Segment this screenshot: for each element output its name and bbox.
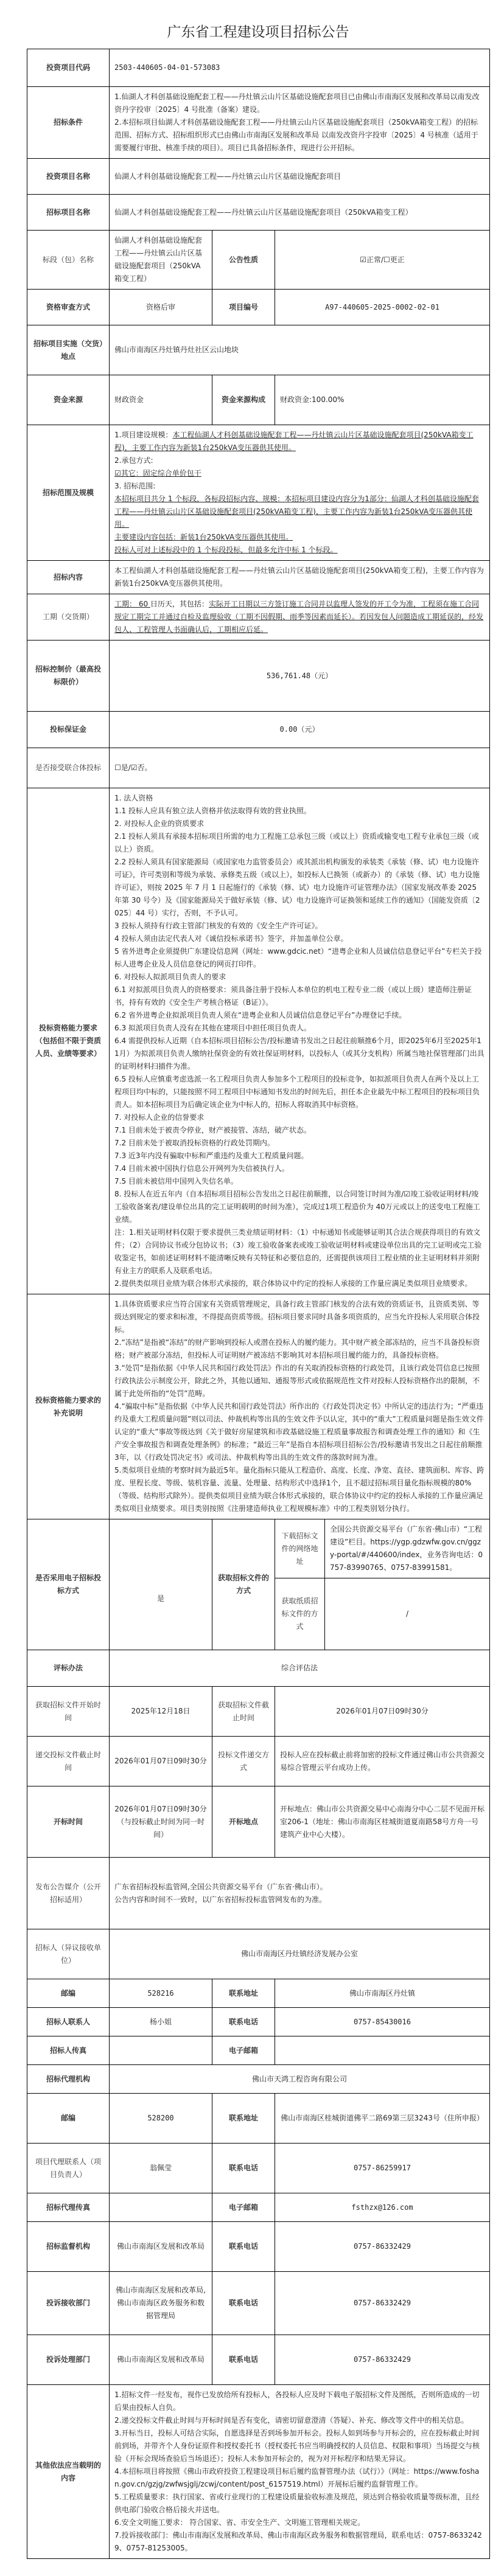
row-qualification: 投标资格能力要求（包括但不限于资质人员、业绩等要求） 1. 法人资格 1.1 投… [27, 788, 490, 1294]
period-value: 工期： 60 日历天，其包括：实际开工日期以三方签订施工合同并以监理人签发的开工… [110, 594, 490, 641]
qualification-line: 7.5 目前未被信用中国列入失信名单。 [114, 1175, 485, 1188]
qualification-note-line: 1.具体资质要求应当符合国家有关资质管理规定，具备行政主管部门核发的合法有效的资… [114, 1298, 485, 1336]
location-value: 佛山市南海区丹灶镇丹灶社区云山地块 [110, 325, 490, 375]
row-tender-name: 招标项目名称 仙湖人才科创基础设施配套工程——丹灶镇云山片区基础设施配套项目（2… [27, 195, 490, 231]
get-docs-label: 获取招标文件的方式 [212, 1519, 275, 1650]
bottom-spacer [27, 2559, 489, 2576]
media-label: 发布公告媒介（公开招标适用） [27, 1858, 110, 1929]
evaluation-label: 评标办法 [27, 1650, 110, 1687]
row-doc-time: 获取招标文件开始时间 2025年12月18日 获取招标文件截止时间 2026年0… [27, 1687, 490, 1737]
scope-l1-prefix: 1.项目建设规模： [114, 431, 172, 439]
row-tenderer-fax: 招标人传真 电子邮箱 [27, 2036, 490, 2065]
conditions-label: 招标条件 [27, 87, 110, 159]
qualification-note-label: 投标资格能力要求的补充说明 [27, 1294, 110, 1519]
row-invest-name: 投资项目名称 仙湖人才科创基础设施配套工程——丹灶镇云山片区基础设施配套项目 [27, 159, 490, 195]
deposit-label: 投标保证金 [27, 712, 110, 748]
qualification-line: 1. 法人资格 [114, 792, 485, 805]
doc-end-value: 2026年01月07日09时30分 [275, 1687, 490, 1737]
other-line: 1.招标文件一经发布，视作已发放给所有投标人，各投标人应及时下载电子版招标文件及… [114, 2389, 485, 2414]
scope-l3: 3. 招标范围: [114, 480, 485, 493]
row-deposit: 投标保证金 0.00（元） [27, 712, 490, 748]
scope-l5: 投标人可对上述标段中的 1 个标段投标，但最多允许中标 1 个标段。 [114, 544, 485, 557]
row-tenderer-post: 邮编 528216 联系地址 佛山市南海区丹灶镇 [27, 1979, 490, 2008]
agency-post-label: 邮编 [27, 2094, 110, 2144]
row-section: 标段（包）名称 仙湖人才科创基础设施配套工程——丹灶镇云山片区基础设施配套项目（… [27, 231, 490, 290]
agency-email-label: 电子邮箱 [212, 2193, 275, 2222]
submit-method-label: 投标文件递交方式 [212, 1737, 275, 1786]
qualification-note-line: 3.“处罚”是指依据《中华人民共和国行政处罚法》作出的有关取消投标资格的行政处罚… [114, 1362, 485, 1400]
qualification-line: 6.4 需提供投标人近期（自本招标项目招标公告/投标邀请书发出之日起往前顺推6个… [114, 1035, 485, 1073]
tender-name-label: 招标项目名称 [27, 195, 110, 231]
qualification-note-line: 5.类似项目业绩的考察时间为最近5年。量化指标只能从工程造价、高度、长度、净宽、… [114, 1464, 485, 1515]
paper-docs-label: 获取纸质招标文件的方式 [275, 1578, 325, 1650]
row-invest-code: 投资项目代码 2503-440605-04-01-573083 [27, 49, 490, 87]
qualification-line: 2.提供类似项目业绩为联合体形式承接的，联合体协议中约定的投标人承接的工作量应满… [114, 1277, 485, 1290]
submit-label: 递交投标文件截止时间 [27, 1737, 110, 1786]
section-value: 仙湖人才科创基础设施配套工程——丹灶镇云山片区基础设施配套项目（250kVA箱变… [110, 231, 212, 290]
scope-value: 1.项目建设规模：本工程仙湖人才科创基础设施配套工程——丹灶镇云山片区基础设施配… [110, 425, 490, 561]
other-value: 1.招标文件一经发布，视作已发放给所有投标人，各投标人应及时下载电子版招标文件及… [110, 2385, 490, 2559]
conditions-value: 1.仙湖人才科创基础设施配套工程——丹灶镇云山片区基础设施配套项目已由佛山市南海… [110, 87, 490, 159]
funding-comp-label: 资金来源构成 [212, 375, 275, 425]
doc-start-label: 获取招标文件开始时间 [27, 1687, 110, 1737]
opening-place-label: 开标地点 [212, 1786, 275, 1858]
location-label: 招标项目实施（交货）地点 [27, 325, 110, 375]
tender-name-value: 仙湖人才科创基础设施配套工程——丹灶镇云山片区基础设施配套项目（250kVA箱变… [110, 195, 490, 231]
row-complaint-recv: 投诉接收部门 佛山市南海区发展和改革局,佛山市南海区政务服务和数据管理局 联系电… [27, 2272, 490, 2335]
qualification-line: 6.5 投标人应慎重考虑选派一名工程项目负责人参加多个工程项目的投标竞争，如拟派… [114, 1073, 485, 1111]
row-submit: 递交投标文件截止时间 2026年01月07日09时30分 投标文件递交方式 投标… [27, 1737, 490, 1786]
scope-l2-body: ☑其它：固定综合单价包干 [114, 467, 485, 480]
qualification-line: 4 投标人须由法定代表人对《诚信投标承诺书》签字，并加盖单位公章。 [114, 932, 485, 945]
scope-label: 招标范围及规模 [27, 425, 110, 561]
period-label: 工期（交货期） [27, 594, 110, 641]
electronic-label: 是否采用电子招标投标方式 [27, 1519, 110, 1650]
project-code-label: 项目编号 [212, 290, 275, 325]
scope-l4: 主要建设内容包括：新装1台250kVA变压器供其使用。 [114, 531, 485, 544]
invest-code-label: 投资项目代码 [27, 49, 110, 87]
row-location: 招标项目实施（交货）地点 佛山市南海区丹灶镇丹灶社区云山地块 [27, 325, 490, 375]
qualification-line: 6.2 省外进粤企业拟派项目负责人须在“进粤企业和人员诚信信息登记平台”办理登记… [114, 1009, 485, 1022]
row-funding: 资金来源 财政资金 资金来源构成 财政资金:100.00% [27, 375, 490, 425]
qualification-line: 7.3 近3年内没有骗取中标和严重违约及重大工程质量问题。 [114, 1150, 485, 1162]
qualification-line: 2.2 投标人须具有国家能源局（或国家电力监管委员会）或其派出机构颁发的承装类《… [114, 856, 485, 920]
scope-l3-body: 本招标项目共分 1 个标段，各标段招标内容、规模：本招标项目建设内容分为1部分：… [114, 493, 485, 531]
other-label: 其他依法应当载明的内容 [27, 2385, 110, 2559]
period-days: 60 [136, 600, 150, 608]
opening-place-value: 开标地点：佛山市公共资源交易中心南海分中心二层不见面开标室206-1（地址：佛山… [275, 1786, 490, 1858]
qualification-line: 1.1 投标人应具有独立法人资格并依法取得有效的营业执照。 [114, 805, 485, 818]
media-l1: 广东省招标投标监管网,全国公共资源交易平台（广东省·佛山市）。 [114, 1881, 485, 1894]
row-agency: 招标代理机构 佛山市天鸿工程咨询有限公司 [27, 2065, 490, 2094]
notice-table: 投资项目代码 2503-440605-04-01-573083 招标条件 1.仙… [27, 49, 490, 2559]
qualification-line: 6. 对投标人拟派项目负责人的要求 [114, 971, 485, 984]
complaint-handle-label: 投诉处理部门 [27, 2335, 110, 2385]
doc-end-label: 获取招标文件截止时间 [212, 1687, 275, 1737]
qualification-line: 3 投标人须持有行政主管部门核发的有效的《安全生产许可证》。 [114, 920, 485, 932]
media-value: 广东省招标投标监管网,全国公共资源交易平台（广东省·佛山市）。 公告内容和时间不… [110, 1858, 490, 1929]
paper-docs-value: / [325, 1578, 490, 1650]
supervision-label: 招标监督机构 [27, 2222, 110, 2272]
row-agency-contact: 项目代理联系人（项目负责人） 翁佩莹 联系电话 0757-86259917 [27, 2144, 490, 2193]
other-line: 5.工程质量要求：执行国家、省或行业现行的工程建设质量验收标准及规范，须达到合格… [114, 2491, 485, 2516]
agency-email-value[interactable]: fsthzx@126.com [275, 2193, 490, 2222]
opening-value: 2026年01月07日09时30分（与投标截止时间为同一时间） [110, 1786, 212, 1858]
row-content: 招标内容 本工程仙湖人才科创基础设施配套工程——丹灶镇云山片区基础设施配套项目(… [27, 561, 490, 594]
agency-fax-label: 招标代理传真 [27, 2193, 110, 2222]
qualification-note-value: 1.具体资质要求应当符合国家有关资质管理规定，具备行政主管部门核发的合法有效的资… [110, 1294, 490, 1519]
row-supervision: 招标监督机构 佛山市南海区发展和改革局 联系电话 0757-86332429 [27, 2222, 490, 2272]
supervision-value: 佛山市南海区发展和改革局 [110, 2222, 212, 2272]
complaint-recv-value: 佛山市南海区发展和改革局,佛山市南海区政务服务和数据管理局 [110, 2272, 212, 2335]
tenderer-post-value: 528216 [110, 1979, 212, 2008]
electronic-value: 是 [110, 1519, 212, 1650]
row-electronic-download: 是否采用电子招标投标方式 是 获取招标文件的方式 下载招标文件的网络地址 全国公… [27, 1519, 490, 1578]
content-label: 招标内容 [27, 561, 110, 594]
row-media: 发布公告媒介（公开招标适用） 广东省招标投标监管网,全国公共资源交易平台（广东省… [27, 1858, 490, 1929]
submit-method-value: 投标人应在投标截止前将加密的投标文件通过佛山市公共资源交易综合管理云平台成功上传… [275, 1737, 490, 1786]
complaint-recv-label: 投诉接收部门 [27, 2272, 110, 2335]
row-qualification-note: 投标资格能力要求的补充说明 1.具体资质要求应当符合国家有关资质管理规定，具备行… [27, 1294, 490, 1519]
content-value: 本工程仙湖人才科创基础设施配套工程——丹灶镇云山片区基础设施配套项目(250kV… [110, 561, 490, 594]
complaint-handle-value: 佛山市南海区发展和改革局 [110, 2335, 212, 2385]
complaint-handle-phone-label: 联系电话 [212, 2335, 275, 2385]
supervision-phone-value: 0757-86332429 [275, 2222, 490, 2272]
row-agency-fax: 招标代理传真 电子邮箱 fsthzx@126.com [27, 2193, 490, 2222]
qualification-line: 7.1 目前未处于被责令停业，财产被接管、冻结，破产状态。 [114, 1124, 485, 1137]
deposit-value: 0.00（元） [110, 712, 490, 748]
row-period: 工期（交货期） 工期： 60 日历天，其包括：实际开工日期以三方签订施工合同并以… [27, 594, 490, 641]
funding-label: 资金来源 [27, 375, 110, 425]
tenderer-contact-label: 招标人联系人 [27, 2008, 110, 2036]
scope-l2: 2.承包方式: [114, 454, 485, 467]
tenderer-fax-value [110, 2036, 212, 2065]
row-consortium: 是否接受联合体投标 ☐是/☑否。 [27, 748, 490, 788]
doc-start-value: 2025年12月18日 [110, 1687, 212, 1737]
download-url-value[interactable]: 全国公共资源交易平台（广东省·佛山市）“工程建设”栏目。https://ygp.… [325, 1519, 490, 1578]
qualification-line: 5 省外进粤企业须提供广东建设信息网（网址：www.gdcic.net）“进粤企… [114, 945, 485, 971]
other-line-link[interactable]: 4.本招标项目将按照《佛山市政府投资工程建设项目标后履约监督管理办法（试行）》（… [114, 2465, 485, 2491]
project-code-value: A97-440605-2025-0002-02-01 [275, 290, 490, 325]
agency-phone-value: 0757-86259917 [275, 2144, 490, 2193]
qualification-note-line: 4.“骗取中标”是指依据《中华人民共和国行政处罚法》所作出的《行政处罚决定书》中… [114, 1400, 485, 1464]
qual-review-label: 资格审查方式 [27, 290, 110, 325]
supervision-phone-label: 联系电话 [212, 2222, 275, 2272]
agency-value: 佛山市天鸿工程咨询有限公司 [110, 2065, 490, 2094]
funding-comp-value: 财政资金:100.00% [275, 375, 490, 425]
tenderer-addr-label: 联系地址 [212, 1979, 275, 2008]
qualification-line: 2.1 投标人须具有承接本招标项目所需的电力工程施工总承包三级（或以上）资质或输… [114, 830, 485, 856]
complaint-recv-phone-value: 0757-86332429 [275, 2272, 490, 2335]
row-tenderer-contact: 招标人联系人 杨小姐 联系电话 0757-85430016 [27, 2008, 490, 2036]
other-line: 6.安全文明施工要求： 符合国家、省、市安全生产、文明施工管理相关规定。 [114, 2516, 485, 2529]
other-line: 3.开标当日，投标人可结合实际，自愿选择是否到场参加开标会。投标人如到场参与开标… [114, 2427, 485, 2465]
section-label: 标段（包）名称 [27, 231, 110, 290]
qual-review-value: 资格后审 [110, 290, 212, 325]
qualification-value: 1. 法人资格 1.1 投标人应具有独立法人资格并依法取得有效的营业执照。 2.… [110, 788, 490, 1294]
max-price-value: 536,761.48（元） [110, 641, 490, 712]
row-other: 其他依法应当载明的内容 1.招标文件一经发布，视作已发放给所有投标人，各投标人应… [27, 2385, 490, 2559]
qualification-line: 8. 投标人在近五年内（自本招标项目招标公告发出之日起往前顺推，以合同签订时间为… [114, 1188, 485, 1226]
complaint-recv-phone-label: 联系电话 [212, 2272, 275, 2335]
download-url-label: 下载招标文件的网络地址 [275, 1519, 325, 1578]
row-max-price: 招标控制价（最高投标限价） 536,761.48（元） [27, 641, 490, 712]
tenderer-email-label: 电子邮箱 [212, 2036, 275, 2065]
tenderer-addr-value: 佛山市南海区丹灶镇 [275, 1979, 490, 2008]
row-scope: 招标范围及规模 1.项目建设规模：本工程仙湖人才科创基础设施配套工程——丹灶镇云… [27, 425, 490, 561]
tenderer-contact-value: 杨小姐 [110, 2008, 212, 2036]
other-line: 7.投诉接收部门：佛山市南海区发展和改革局、佛山市南海区政务服务和数据管理局，联… [114, 2529, 485, 2555]
funding-value: 财政资金 [110, 375, 212, 425]
consortium-value: ☐是/☑否。 [110, 748, 490, 788]
opening-label: 开标时间 [27, 1786, 110, 1858]
agency-contact-label: 项目代理联系人（项目负责人） [27, 2144, 110, 2193]
tenderer-email-value [275, 2036, 490, 2065]
row-evaluation: 评标办法 综合评估法 [27, 1650, 490, 1687]
other-line: 2.递交投标文件截止时间与开标时间是否有变化，请密切留意澄清（答疑）、补充、修改… [114, 2414, 485, 2427]
row-conditions: 招标条件 1.仙湖人才科创基础设施配套工程——丹灶镇云山片区基础设施配套项目已由… [27, 87, 490, 159]
agency-addr-value: 佛山市南海区桂城街道佛平二路69第三层3243号（住所申报） [275, 2094, 490, 2144]
row-qual-review: 资格审查方式 资格后审 项目编号 A97-440605-2025-0002-02… [27, 290, 490, 325]
invest-name-label: 投资项目名称 [27, 159, 110, 195]
qualification-note-line: 2.“冻结”是指被“冻结”的财产影响到投标人或潜在投标人的履约能力。其中财产被全… [114, 1336, 485, 1362]
notice-page: 广东省工程建设项目招标公告 投资项目代码 2503-440605-04-01-5… [0, 0, 504, 2576]
qualification-line: 7.2 目前未处于被取消投标资格的行政处罚期内。 [114, 1137, 485, 1150]
row-opening: 开标时间 2026年01月07日09时30分（与投标截止时间为同一时间） 开标地… [27, 1786, 490, 1858]
complaint-handle-phone-value: 0757-86332429 [275, 2335, 490, 2385]
tenderer-post-label: 邮编 [27, 1979, 110, 2008]
qualification-line: 2. 对投标人企业的资质要求 [114, 818, 485, 830]
agency-addr-label: 联系地址 [212, 2094, 275, 2144]
tenderer-value: 佛山市南海区丹灶镇经济发展办公室 [110, 1929, 490, 1979]
media-l2: 公告内容和时间不一致时，以广东省招标投标监管网发布的为准。 [114, 1894, 485, 1906]
page-title: 广东省工程建设项目招标公告 [27, 0, 489, 49]
row-tenderer: 招标人（异议接收单位） 佛山市南海区丹灶镇经济发展办公室 [27, 1929, 490, 1979]
submit-value: 2026年01月07日09时30分 [110, 1737, 212, 1786]
tenderer-fax-label: 招标人传真 [27, 2036, 110, 2065]
qualification-line: 7. 对投标人企业的信誉要求 [114, 1111, 485, 1124]
period-prefix: 工期： [114, 600, 136, 608]
scope-l1: 1.项目建设规模：本工程仙湖人才科创基础设施配套工程——丹灶镇云山片区基础设施配… [114, 429, 485, 454]
nature-value: ☑正常/☐更正 [275, 231, 490, 290]
agency-post-value: 528200 [110, 2094, 212, 2144]
evaluation-value: 综合评估法 [110, 1650, 490, 1687]
tenderer-phone-value: 0757-85430016 [275, 2008, 490, 2036]
tenderer-label: 招标人（异议接收单位） [27, 1929, 110, 1979]
qualification-label: 投标资格能力要求（包括但不限于资质人员、业绩等要求） [27, 788, 110, 1294]
agency-contact-value: 翁佩莹 [110, 2144, 212, 2193]
invest-name-value: 仙湖人才科创基础设施配套工程——丹灶镇云山片区基础设施配套项目 [110, 159, 490, 195]
qualification-line: 注：1.相关证明材料仅限于要求提供三类业绩证明材料：（1）中标通知书或能够证明其… [114, 1226, 485, 1277]
nature-label: 公告性质 [212, 231, 275, 290]
agency-phone-label: 联系电话 [212, 2144, 275, 2193]
max-price-label: 招标控制价（最高投标限价） [27, 641, 110, 712]
invest-code-value: 2503-440605-04-01-573083 [110, 49, 490, 87]
agency-fax-value [110, 2193, 212, 2222]
agency-label: 招标代理机构 [27, 2065, 110, 2094]
qualification-line: 7.4 目前未被中国执行信息公开网列为失信被执行人。 [114, 1162, 485, 1175]
qualification-line: 6.3 拟派项目负责人没有在其他在建项目中担任项目负责人。 [114, 1022, 485, 1035]
row-agency-post: 邮编 528200 联系地址 佛山市南海区桂城街道佛平二路69第三层3243号（… [27, 2094, 490, 2144]
qualification-line: 6.1 对拟派项目负责人的资格要求：须具备注册于投标人本单位的机电工程专业二级（… [114, 984, 485, 1009]
tenderer-phone-label: 联系电话 [212, 2008, 275, 2036]
conditions-p1: 1.仙湖人才科创基础设施配套工程——丹灶镇云山片区基础设施配套项目已由佛山市南海… [114, 91, 485, 116]
row-complaint-handle: 投诉处理部门 佛山市南海区发展和改革局 联系电话 0757-86332429 [27, 2335, 490, 2385]
consortium-label: 是否接受联合体投标 [27, 748, 110, 788]
conditions-p2: 2.本招标项目仙湖人才科创基础设施配套工程——丹灶镇云山片区基础设施配套项目（2… [114, 116, 485, 154]
period-mid: 日历天，其包括： [150, 600, 209, 608]
